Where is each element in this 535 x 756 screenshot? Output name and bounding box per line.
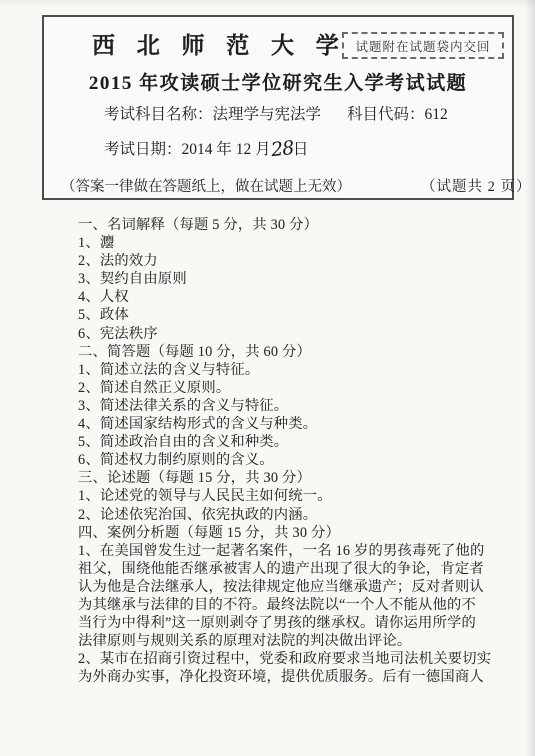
date-day-suffix: 日	[293, 141, 309, 158]
exam-text-line: 4、人权	[78, 288, 478, 306]
note-row: （答案一律做在答题纸上，做在试题上无效） （试题共 2 页）	[61, 175, 501, 196]
exam-text-line: 法律原则与规则关系的原理对法院的判决做出评论。	[78, 632, 478, 650]
exam-text-line: 三、论述题（每题 15 分，共 30 分）	[78, 469, 478, 487]
exam-text-line: 4、简述国家结构形式的含义与种类。	[78, 415, 478, 433]
exam-text-line: 2、论述依宪治国、依宪执政的内涵。	[78, 506, 478, 524]
subject-code: 科目代码：612	[347, 102, 448, 124]
date-row: 考试日期：2014 年 12 月28日	[104, 137, 308, 159]
exam-text-line: 2、法的效力	[78, 252, 478, 270]
scan-shadow-right	[525, 0, 535, 756]
subject-row: 考试科目名称：法理学与宪法学 科目代码：612	[104, 102, 504, 124]
exam-text-line: 1、灋	[78, 234, 478, 252]
exam-text-line: 1、简述立法的含义与特征。	[78, 361, 478, 379]
exam-text-line: 6、宪法秩序	[78, 325, 478, 343]
date-year-month: 2014 年 12 月	[182, 141, 271, 158]
code-value: 612	[425, 106, 448, 123]
subject-label: 考试科目名称：	[104, 106, 213, 123]
date-label: 考试日期：	[104, 141, 182, 158]
exam-text-line: 2、简述自然正义原则。	[78, 379, 478, 397]
handwritten-day: 28	[270, 137, 294, 161]
exam-text-line: 祖父，围绕他能否继承被害人的遗产出现了很大的争论，肯定者	[78, 560, 478, 578]
exam-text-line: 2、某市在招商引资过程中，党委和政府要求当地司法机关要切实	[78, 650, 478, 668]
scan-shadow-top	[0, 0, 535, 8]
return-notice-text: 试题附在试题袋内交回	[355, 37, 490, 55]
exam-text-line: 为外商办实事，净化投资环境，提供优质服务。后有一德国商人	[78, 668, 478, 686]
exam-text-line: 二、简答题（每题 10 分，共 60 分）	[78, 343, 478, 361]
scanned-exam-page: 西 北 师 范 大 学 试题附在试题袋内交回 2015 年攻读硕士学位研究生入学…	[0, 0, 535, 756]
exam-text-line: 5、政体	[78, 306, 478, 324]
exam-title: 2015 年攻读硕士学位研究生入学考试试题	[44, 68, 512, 95]
exam-header-box: 西 北 师 范 大 学 试题附在试题袋内交回 2015 年攻读硕士学位研究生入学…	[42, 15, 514, 200]
answer-notice: （答案一律做在答题纸上，做在试题上无效）	[61, 179, 351, 195]
code-label: 科目代码：	[347, 106, 425, 123]
exam-text-line: 1、在美国曾发生过一起著名案件，一名 16 岁的男孩毒死了他的	[78, 542, 478, 560]
return-notice-box: 试题附在试题袋内交回	[342, 32, 504, 59]
exam-text-line: 一、名词解释（每题 5 分，共 30 分）	[78, 216, 478, 234]
exam-text-line: 6、简述权力制约原则的含义。	[78, 451, 478, 469]
exam-text-line: 3、契约自由原则	[78, 270, 478, 288]
exam-text-line: 3、简述法律关系的含义与特征。	[78, 397, 478, 415]
university-name: 西 北 师 范 大 学	[92, 27, 347, 60]
exam-text-line: 5、简述政治自由的含义和种类。	[78, 433, 478, 451]
subject-name: 法理学与宪法学	[213, 106, 322, 123]
question-lines: 一、名词解释（每题 5 分，共 30 分）1、灋2、法的效力3、契约自由原则4、…	[78, 216, 478, 686]
page-count: （试题共 2 页）	[421, 175, 532, 196]
exam-text-line: 四、案例分析题（每题 15 分，共 30 分）	[78, 524, 478, 542]
exam-text-line: 认为他是合法继承人，按法律规定他应当继承遗产；反对者则认	[78, 578, 478, 596]
exam-text-line: 当行为中得利”这一原则剥夺了男孩的继承权。请你运用所学的	[78, 614, 478, 632]
exam-text-line: 1、论述党的领导与人民民主如何统一。	[78, 487, 478, 505]
exam-text-line: 为其继承与法律的目的不符。最终法院以“一个人不能从他的不	[78, 596, 478, 614]
